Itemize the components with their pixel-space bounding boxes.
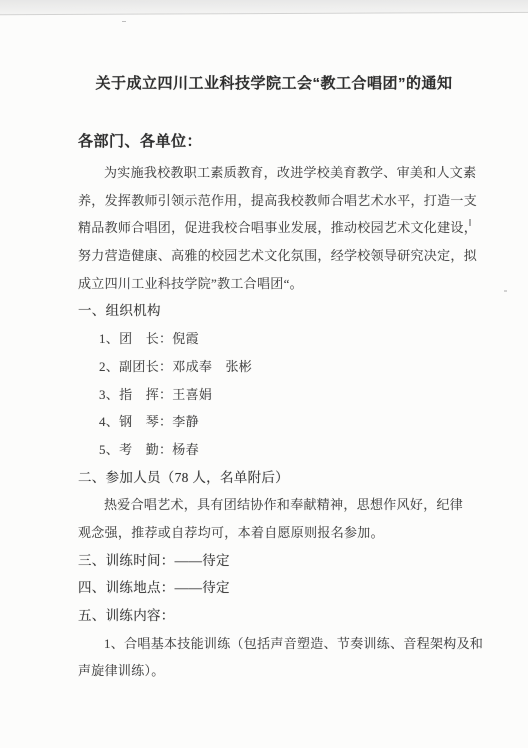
section-heading-participants: 二、参加人员（78 人，名单附后） bbox=[78, 464, 470, 492]
section-heading-training-content: 五、训练内容： bbox=[78, 602, 470, 630]
document-body: 为实施我校教职工素质教育，改进学校美育教学、审美和人文素 养，发挥教师引领示范作… bbox=[78, 159, 470, 685]
participants-line: 观念强，推荐或自荐均可，本着自愿原则报名参加。 bbox=[78, 519, 470, 547]
intro-line: 养，发挥教师引领示范作用，提高我校教师合唱艺术水平，打造一支 bbox=[78, 187, 470, 215]
org-list-item: 3、指 挥：王喜娟 bbox=[78, 381, 470, 409]
org-list-item: 1、团 长：倪霞 bbox=[78, 325, 470, 353]
training-content-line: 1、合唱基本技能训练（包括声音塑造、节奏训练、音程架构及和 bbox=[78, 630, 470, 658]
section-heading-training-time: 三、训练时间：——待定 bbox=[78, 547, 470, 575]
intro-line: 为实施我校教职工素质教育，改进学校美育教学、审美和人文素 bbox=[78, 159, 470, 187]
intro-line: 精品教师合唱团，促进我校合唱事业发展，推动校园艺术文化建设， bbox=[78, 214, 470, 242]
scan-speck bbox=[504, 290, 507, 292]
org-list-item: 2、副团长：邓成奉 张彬 bbox=[78, 353, 470, 381]
salutation: 各部门、各单位： bbox=[78, 130, 470, 151]
participants-line: 热爱合唱艺术，具有团结协作和奉献精神，思想作风好，纪律 bbox=[78, 491, 470, 519]
org-list-item: 4、钢 琴：李静 bbox=[78, 408, 470, 436]
org-list-item: 5、考 勤：杨春 bbox=[78, 436, 470, 464]
section-heading-organization: 一、组织机构 bbox=[78, 297, 470, 325]
scanned-notice-page: 关于成立四川工业科技学院工会“教工合唱团”的通知 各部门、各单位： 为实施我校教… bbox=[0, 0, 528, 748]
document-title: 关于成立四川工业科技学院工会“教工合唱团”的通知 bbox=[78, 72, 470, 93]
section-heading-training-place: 四、训练地点：——待定 bbox=[78, 574, 470, 602]
intro-line: 努力营造健康、高雅的校园艺术文化氛围，经学校领导研究决定，拟 bbox=[78, 242, 470, 270]
training-content-line: 声旋律训练）。 bbox=[78, 657, 470, 685]
intro-line: 成立四川工业科技学院”教工合唱团“。 bbox=[78, 270, 470, 298]
document-content: 关于成立四川工业科技学院工会“教工合唱团”的通知 各部门、各单位： 为实施我校教… bbox=[78, 0, 470, 685]
